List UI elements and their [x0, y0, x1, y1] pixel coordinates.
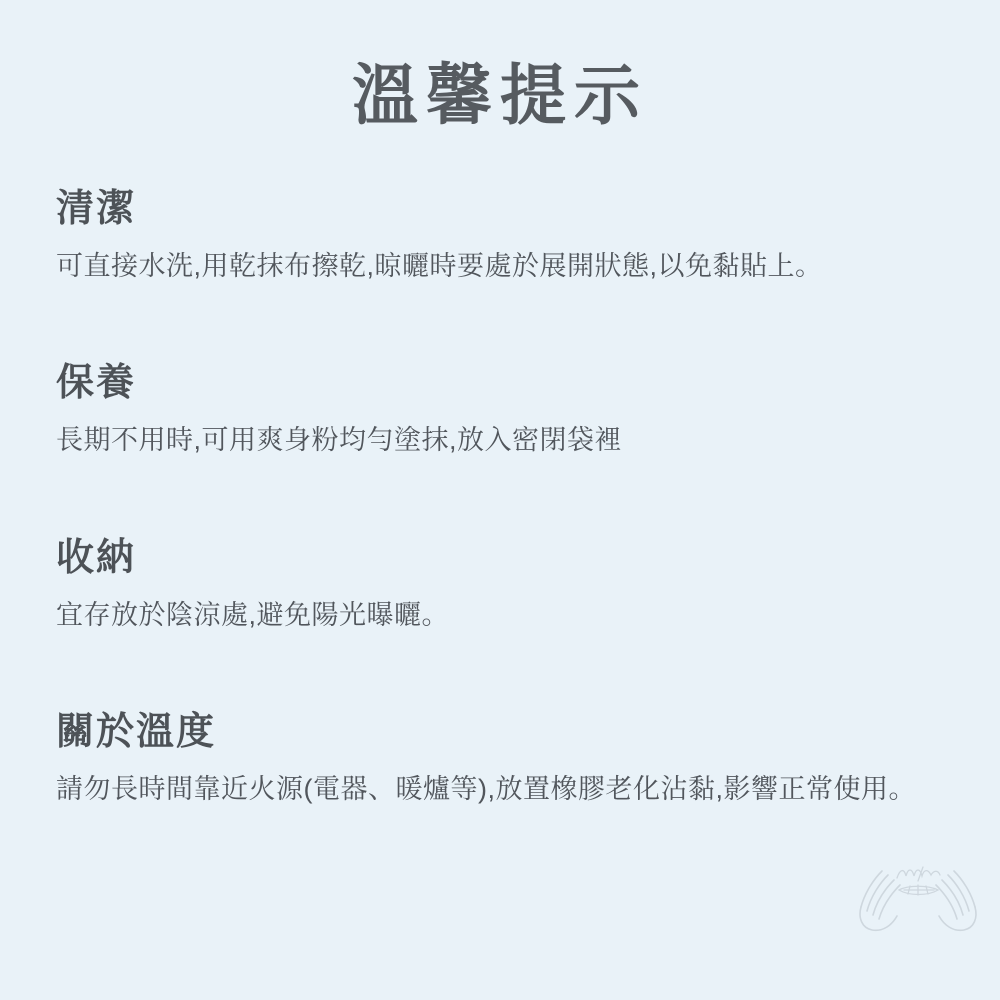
section-maintenance-body: 長期不用時,可用爽身粉均勻塗抹,放入密閉袋裡	[56, 423, 964, 458]
section-cleaning-body: 可直接水洗,用乾抹布擦乾,晾曬時要處於展開狀態,以免黏貼上。	[56, 249, 964, 284]
section-storage: 收納 宜存放於陰涼處,避免陽光曝曬。	[56, 539, 964, 633]
right-hand-icon	[936, 871, 976, 930]
cupped-hands-logo-icon	[850, 855, 986, 937]
care-instructions-page: { "page": { "title": "溫馨提示", "background…	[0, 0, 1000, 1000]
section-cleaning-heading: 清潔	[56, 190, 964, 228]
section-cleaning: 清潔 可直接水洗,用乾抹布擦乾,晾曬時要處於展開狀態,以免黏貼上。	[56, 190, 964, 284]
section-temperature-heading: 關於溫度	[56, 713, 964, 751]
section-temperature: 關於溫度 請勿長時間靠近火源(電器、暖爐等),放置橡膠老化沾黏,影響正常使用。	[56, 713, 964, 807]
page-title: 溫馨提示	[0, 42, 1000, 137]
section-storage-body: 宜存放於陰涼處,避免陽光曝曬。	[56, 598, 964, 633]
brand-watermark	[850, 855, 986, 937]
section-storage-heading: 收納	[56, 539, 964, 577]
scribble-band-icon	[899, 885, 938, 895]
section-temperature-body: 請勿長時間靠近火源(電器、暖爐等),放置橡膠老化沾黏,影響正常使用。	[56, 772, 964, 807]
left-hand-icon	[860, 871, 900, 930]
section-maintenance: 保養 長期不用時,可用爽身粉均勻塗抹,放入密閉袋裡	[56, 364, 964, 458]
section-maintenance-heading: 保養	[56, 364, 964, 402]
signature-script-icon	[897, 867, 940, 881]
